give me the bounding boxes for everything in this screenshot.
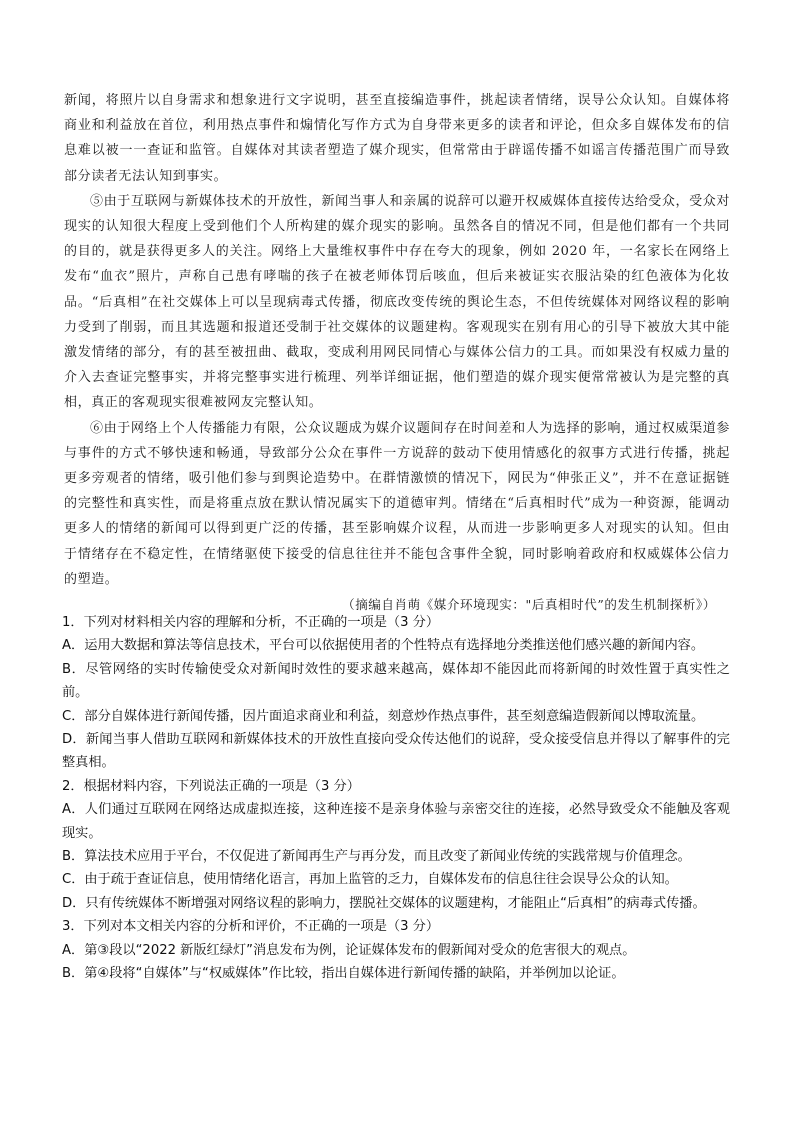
passage-paragraph-5: ⑤由于互联网与新媒体技术的开放性，新闻当事人和亲属的说辞可以避开权威媒体直接传达… [64, 189, 730, 416]
question-stem: 3．下列对本文相关内容的分析和评价，不正确的一项是（3 分） [62, 915, 730, 938]
document-page: 新闻，将照片以自身需求和想象进行文字说明，甚至直接编造事件，挑起读者情绪，误导公… [0, 0, 794, 1123]
question-option-b: B．第④段将“自媒体”与“权威媒体”作比较，指出自媒体进行新闻传播的缺陷，并举例… [62, 962, 730, 985]
question-option-d: D．只有传统媒体不断增强对网络议程的影响力，摆脱社交媒体的议题建构，才能阻止“后… [62, 892, 730, 915]
question-option-c: C．由于疏于查证信息，使用情绪化语言，再加上监管的乏力，自媒体发布的信息往往会误… [62, 868, 730, 891]
question-3: 3．下列对本文相关内容的分析和评价，不正确的一项是（3 分） A．第③段以“20… [62, 915, 730, 985]
question-option-a: A．人们通过互联网在网络达成虚拟连接，这种连接不是亲身体验与亲密交往的连接，必然… [62, 798, 730, 845]
question-option-a: A．运用大数据和算法等信息技术，平台可以依据使用者的个性特点有选择地分类推送他们… [62, 634, 730, 657]
passage-paragraph-6: ⑥由于网络上个人传播能力有限，公众议题成为媒介议题间存在时间差和人为选择的影响，… [64, 416, 730, 592]
question-1: 1．下列对材料相关内容的理解和分析，不正确的一项是（3 分） A．运用大数据和算… [62, 611, 730, 775]
question-stem: 1．下列对材料相关内容的理解和分析，不正确的一项是（3 分） [62, 611, 730, 634]
question-2: 2．根据材料内容，下列说法正确的一项是（3 分） A．人们通过互联网在网络达成虚… [62, 775, 730, 915]
passage-paragraph-4-continued: 新闻，将照片以自身需求和想象进行文字说明，甚至直接编造事件，挑起读者情绪，误导公… [64, 88, 730, 189]
question-option-b: B．算法技术应用于平台，不仅促进了新闻再生产与再分发，而且改变了新闻业传统的实践… [62, 845, 730, 868]
question-list: 1．下列对材料相关内容的理解和分析，不正确的一项是（3 分） A．运用大数据和算… [62, 611, 730, 986]
question-stem: 2．根据材料内容，下列说法正确的一项是（3 分） [62, 775, 730, 798]
question-option-a: A．第③段以“2022 新版红绿灯”消息发布为例，论证媒体发布的假新闻对受众的危… [62, 939, 730, 962]
question-option-b: B．尽管网络的实时传输使受众对新闻时效性的要求越来越高，媒体却不能因此而将新闻的… [62, 658, 730, 705]
reading-passage: 新闻，将照片以自身需求和想象进行文字说明，甚至直接编造事件，挑起读者情绪，误导公… [64, 88, 730, 617]
question-option-d: D．新闻当事人借助互联网和新媒体技术的开放性直接向受众传达他们的说辞，受众接受信… [62, 728, 730, 775]
question-option-c: C．部分自媒体进行新闻传播，因片面追求商业和利益，刻意炒作热点事件，甚至刻意编造… [62, 705, 730, 728]
